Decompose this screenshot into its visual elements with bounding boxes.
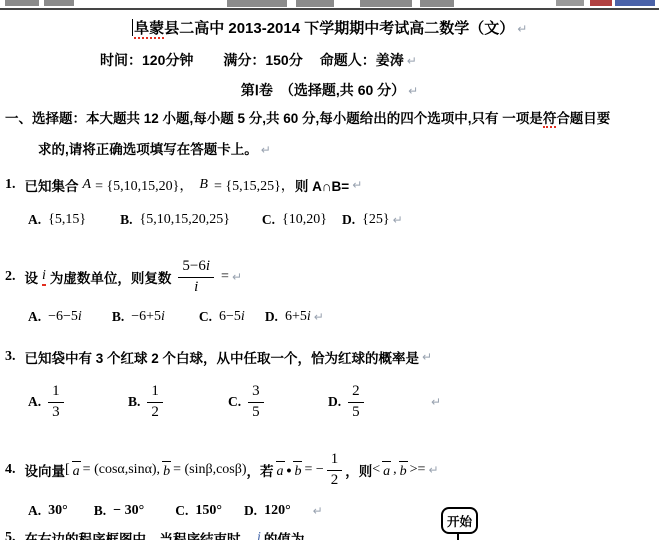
fraction-numerator: 5−6i [178, 259, 214, 278]
math-dot-product: • [287, 462, 292, 478]
meta-proposer: 命题人：姜涛 [320, 52, 404, 68]
option-value: 150° [195, 503, 222, 519]
option-value: 30° [48, 503, 68, 519]
title-text: 县二高中 2013-2014 下学期期中考试高二数学（文） [164, 20, 514, 37]
math-var-i: i [161, 309, 165, 325]
paragraph-mark: ↵ [314, 310, 324, 324]
option-label: C. [262, 212, 275, 228]
option-value: {10,20} [282, 212, 327, 228]
vector-a: a [275, 461, 286, 480]
option-label: B. [112, 309, 124, 325]
question-text: 设向量 [25, 460, 66, 480]
clipped-toolbar-fragment [420, 0, 454, 7]
math-var-i: i [257, 530, 261, 540]
fraction: 5−6i i [178, 259, 214, 296]
paragraph-mark: ↵ [408, 84, 418, 98]
option-label: A. [28, 503, 41, 519]
question-number: 5. [5, 530, 16, 540]
question-2-options: A. −6−5i B. −6+5i C. 6−5i D. 6+5i ↵ [28, 309, 324, 325]
math-var-i: i [42, 268, 46, 286]
clipped-toolbar-fragment [615, 0, 655, 6]
option-value: −6−5 [48, 309, 78, 325]
question-5-stem: 5. 在右边的程序框图中，当程序结束时， i 的值为 [5, 528, 304, 540]
option-a: A. 1 3 [28, 384, 128, 421]
clipped-toolbar-fragment [296, 0, 334, 7]
option-value: 6+5 [285, 309, 307, 325]
question-number: 4. [5, 462, 16, 478]
flowchart-start-label: 开始 [447, 512, 472, 530]
paragraph-mark: ↵ [261, 143, 271, 157]
paragraph-mark: ↵ [313, 504, 323, 518]
fraction: 1 3 [48, 384, 64, 421]
question-number: 2. [5, 269, 16, 285]
fraction-numerator: 1 [48, 384, 64, 403]
option-value: − 30° [113, 503, 144, 519]
header-divider [0, 8, 659, 10]
option-d: D. 6+5i [265, 309, 311, 325]
flowchart-connector-line [457, 533, 459, 540]
paragraph-mark: ↵ [393, 213, 403, 227]
math-expression: = (sinβ,cosβ) [173, 462, 246, 478]
clipped-toolbar-fragment [590, 0, 612, 6]
option-a: A. {5,15} [28, 212, 86, 228]
option-d: D. {25} [342, 212, 390, 228]
vector-b: b [292, 461, 303, 480]
option-c: C. 150° [175, 503, 222, 519]
option-c: C. {10,20} [262, 212, 327, 228]
math-var-i: i [307, 309, 311, 325]
document-page[interactable]: 阜蒙县二高中 2013-2014 下学期期中考试高二数学（文）↵ 时间：120分… [0, 0, 659, 540]
fraction: 3 5 [248, 384, 264, 421]
fraction-denominator: 3 [52, 403, 60, 421]
clipped-toolbar-fragment [360, 0, 412, 7]
meta-full-score: 满分：150分 [223, 52, 302, 68]
option-b: B. {5,10,15,20,25} [120, 212, 230, 228]
fraction: 1 2 [147, 384, 163, 421]
paragraph-mark: ↵ [422, 350, 432, 364]
question-text: 设 [25, 267, 39, 287]
math-angle-close: >= [410, 462, 426, 478]
option-label: B. [128, 394, 140, 410]
option-value: 120° [264, 503, 291, 519]
fraction-denominator: 5 [352, 403, 360, 421]
math-expression: = − [304, 462, 323, 478]
option-label: A. [28, 212, 41, 228]
question-number: 1. [5, 177, 16, 193]
math-var-i: i [78, 309, 82, 325]
exam-meta-line: 时间：120分钟满分：150分命题人：姜涛↵ [100, 50, 417, 70]
option-b: B. − 30° [94, 503, 144, 519]
instructions-text: 合题目要 [556, 111, 610, 126]
math-set-A: = {5,10,15,20}， [95, 175, 193, 195]
question-4-stem: 4. 设向量 [ a = (cosα,sinα), b = (sinβ,cosβ… [5, 444, 439, 496]
clipped-toolbar-fragment [556, 0, 584, 6]
question-text: ，若 [247, 460, 274, 480]
option-label: C. [199, 309, 212, 325]
question-3-options: A. 1 3 B. 1 2 C. 3 5 D. 2 5 [28, 377, 441, 427]
instructions-line-1: 一、选择题：本大题共 12 小题,每小题 5 分,共 60 分,每小题给出的四个… [5, 107, 610, 127]
fraction-denominator: i [194, 278, 198, 296]
section-heading-text: 第Ⅰ卷 （选择题,共 60 分） [241, 82, 405, 98]
section-heading: 第Ⅰ卷 （选择题,共 60 分）↵ [0, 80, 659, 100]
option-label: D. [328, 394, 341, 410]
option-b: B. −6+5i [112, 309, 165, 325]
option-label: B. [94, 503, 106, 519]
math-expression: = (cosα,sinα), [83, 462, 160, 478]
option-c: C. 6−5i [199, 309, 245, 325]
meta-time: 时间：120分钟 [100, 52, 193, 68]
fraction: 2 5 [348, 384, 364, 421]
paragraph-mark: ↵ [232, 270, 242, 284]
option-d: D. 2 5 [328, 384, 428, 421]
instructions-text: 求的,请将正确选项填写在答题卡上。 [38, 142, 258, 157]
option-label: C. [228, 394, 241, 410]
option-label: D. [342, 212, 355, 228]
option-value: {5,10,15,20,25} [139, 212, 229, 228]
fraction-numerator: 1 [327, 452, 343, 471]
question-text: 已知集合 [25, 175, 79, 195]
option-label: A. [28, 394, 41, 410]
math-var-i: i [241, 309, 245, 325]
vector-a: a [381, 461, 392, 480]
math-bracket: [ [65, 462, 70, 478]
option-c: C. 3 5 [228, 384, 328, 421]
clipped-toolbar-fragment [5, 0, 39, 6]
question-1-stem: 1. 已知集合 A = {5,10,15,20}， B = {5,15,25}，… [5, 175, 362, 195]
paragraph-mark: ↵ [428, 463, 438, 477]
instructions-text: 一、选择题：本大题共 12 小题,每小题 5 分,共 60 分,每小题给出的四个… [5, 111, 543, 126]
vector-a: a [71, 461, 82, 480]
flowchart-start-box: 开始 [441, 507, 478, 534]
option-value: {25} [362, 212, 389, 228]
fraction-numerator: 1 [147, 384, 163, 403]
option-label: A. [28, 309, 41, 325]
fraction: 1 2 [327, 452, 343, 489]
question-2-stem: 2. 设 i 为虚数单位，则复数 5−6i i = ↵ [5, 251, 242, 303]
vector-b: b [398, 461, 409, 480]
question-1-options: A. {5,15} B. {5,10,15,20,25} C. {10,20} … [28, 212, 403, 228]
option-label: D. [265, 309, 278, 325]
math-set-B: = {5,15,25}， [214, 175, 295, 195]
option-d: D. 120° [244, 503, 291, 519]
math-comma: , [393, 462, 397, 478]
clipped-toolbar-fragment [44, 0, 74, 6]
fraction-denominator: 2 [331, 471, 339, 489]
fraction-numerator: 2 [348, 384, 364, 403]
option-value: 6−5 [219, 309, 241, 325]
question-text: ，则 [345, 460, 372, 480]
question-text: 为虚数单位，则复数 [50, 267, 172, 287]
math-var-B: B [199, 177, 208, 193]
fraction-denominator: 2 [151, 403, 159, 421]
question-text: 已知袋中有 3 个红球 2 个白球，从中任取一个，恰为红球的概率是 [25, 347, 420, 367]
paragraph-mark: ↵ [517, 22, 527, 36]
option-label: C. [175, 503, 188, 519]
paragraph-mark: ↵ [407, 54, 417, 68]
fraction-numerator: 3 [248, 384, 264, 403]
math-equals: = [221, 269, 229, 285]
question-text: 则 A∩B= [295, 175, 349, 195]
fraction-denominator: 5 [252, 403, 260, 421]
option-b: B. 1 2 [128, 384, 228, 421]
option-value: −6+5 [131, 309, 161, 325]
question-text: 的值为 [264, 528, 305, 540]
instructions-misspell-segment: 符 [543, 111, 557, 128]
option-a: A. 30° [28, 503, 68, 519]
question-3-stem: 3. 已知袋中有 3 个红球 2 个白球，从中任取一个，恰为红球的概率是 ↵ [5, 347, 432, 367]
option-a: A. −6−5i [28, 309, 82, 325]
text-cursor [132, 19, 134, 36]
vector-b: b [161, 461, 172, 480]
question-text: 在右边的程序框图中，当程序结束时， [25, 528, 255, 540]
instructions-line-2: 求的,请将正确选项填写在答题卡上。↵ [38, 138, 271, 158]
paragraph-mark: ↵ [352, 178, 362, 192]
title-misspell-segment: 阜蒙 [134, 20, 164, 39]
question-4-options: A. 30° B. − 30° C. 150° D. 120° ↵ [28, 503, 323, 519]
option-value: {5,15} [48, 212, 86, 228]
question-number: 3. [5, 349, 16, 365]
math-angle-open: < [372, 462, 380, 478]
option-label: B. [120, 212, 132, 228]
option-label: D. [244, 503, 257, 519]
exam-title: 阜蒙县二高中 2013-2014 下学期期中考试高二数学（文）↵ [0, 17, 659, 38]
math-var-A: A [83, 177, 92, 193]
paragraph-mark: ↵ [431, 395, 441, 409]
clipped-toolbar-fragment [227, 0, 287, 7]
